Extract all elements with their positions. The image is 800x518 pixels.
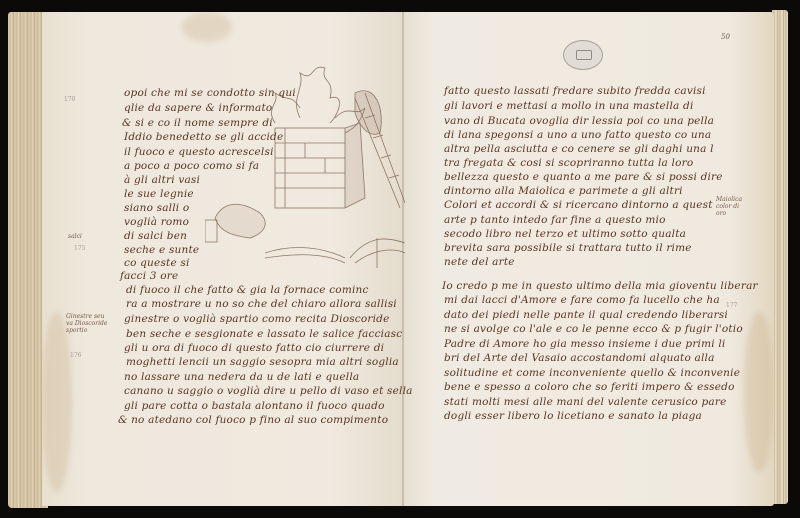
left-text-line: gli u ora di fuoco di questo fatto cio c…: [124, 342, 384, 354]
left-text-line: Iddio benedetto se gli accide: [124, 131, 283, 143]
right-text-line: secodo libro nel terzo et ultimo sotto q…: [444, 228, 686, 240]
right-text-line: dintorno alla Maiolica e parimete a gli …: [444, 185, 683, 197]
right-text-line: stati molti mesi alle mani del valente c…: [444, 396, 727, 408]
left-text-line: facci 3 ore: [120, 270, 178, 282]
water-stain: [182, 12, 232, 42]
right-text-line: solitudine et come inconveniente quello …: [444, 367, 740, 379]
left-text-line: co queste si: [124, 257, 190, 269]
water-stain: [744, 312, 774, 472]
right-text-line: Io credo p me in questo ultimo della mia…: [442, 280, 758, 292]
right-text-line: brevita sara possibile si trattara tutto…: [444, 242, 692, 254]
left-text-line: seche e sunte: [124, 244, 199, 256]
left-text-line: gli pare cotta o bastala alontano il fuo…: [124, 400, 385, 412]
left-text-line: & no atedano col fuoco p fino al suo com…: [118, 414, 388, 426]
right-text-line: dato dei piedi nelle pante il qual crede…: [444, 309, 728, 321]
left-text-line: ginestre o voglià spartio como recita Di…: [124, 313, 390, 325]
right-text-line: bene e spesso a coloro che so feriti imp…: [444, 381, 735, 393]
left-text-line: il fuoco e questo acrescelsi: [124, 146, 274, 158]
right-page-edges: [772, 10, 788, 504]
margin-note-maiolica: Maiolica color di oro: [716, 196, 742, 217]
pencil-line-number: 170: [64, 96, 75, 103]
left-text-line: di fuoco il che fatto & gia la fornace c…: [126, 284, 369, 296]
library-stamp: [563, 40, 603, 70]
left-text-line: voglià romo: [124, 216, 189, 228]
water-stain: [42, 312, 72, 492]
left-text-line: le sue legnie: [124, 188, 194, 200]
left-text-line: qlie da sapere & informato: [124, 102, 272, 114]
left-text-line: à gli altri vasi: [124, 174, 200, 186]
left-text-line: ra a mostrare u no so che del chiaro all…: [126, 298, 397, 310]
pencil-line-number: 176: [70, 352, 81, 359]
margin-note-ginestre: Ginestre seu va Dioscoride sportio: [66, 313, 107, 334]
left-text-line: moghetti lencii un saggio sesopra mia al…: [126, 356, 399, 368]
folio-number: 50: [721, 33, 730, 41]
margin-note-salci: salci: [68, 233, 82, 240]
right-text-line: tra fregata & cosi si scopriranno tutta …: [444, 157, 693, 169]
right-text-line: dogli esser libero lo licetiano e sanato…: [444, 410, 702, 422]
right-text-line: fatto questo lassati fredare subito fred…: [444, 85, 706, 97]
right-text-line: arte p tanto intedo far fine a questo mi…: [444, 214, 666, 226]
left-text-line: siano salli o: [124, 202, 189, 214]
right-text-line: ne si avolge co l'ale e co le penne ecco…: [444, 323, 743, 335]
left-text-line: no lassare una nedera da u de lati e que…: [124, 371, 359, 383]
right-text-line: altra pella asciutta e co cenere se gli …: [444, 143, 714, 155]
right-text-line: nete del arte: [444, 256, 515, 268]
right-text-line: gli lavori e mettasi a mollo in una mast…: [444, 100, 694, 112]
crown-icon: [576, 50, 592, 60]
right-text-line: vano di Bucata ovoglia dir lessia poi co…: [444, 115, 714, 127]
left-text-line: canano u saggio o voglià dire u pello di…: [124, 385, 413, 397]
pencil-line-number: 177: [726, 302, 737, 309]
left-text-line: di salci ben: [124, 230, 187, 242]
right-text-line: Colori et accordi & si ricercano dintorn…: [444, 199, 713, 211]
left-text-line: & si e co il nome sempre di: [122, 117, 273, 129]
right-text-line: Padre di Amore ho gia messo insieme i du…: [444, 338, 726, 350]
right-text-line: bellezza questo e quanto a me pare & si …: [444, 171, 723, 183]
left-text-line: ben seche e sesgionate e lassato le sali…: [126, 328, 402, 340]
left-text-line: opoi che mi se condotto sin qui: [124, 87, 296, 99]
left-text-line: a poco a poco como si fa: [124, 160, 259, 172]
pencil-line-number: 175: [74, 245, 85, 252]
right-text-line: di lana spegonsi a uno a uno fatto quest…: [444, 129, 711, 141]
right-text-line: bri del Arte del Vasaio accostandomi alq…: [444, 352, 715, 364]
open-manuscript: 170 175 176 salci Ginestre seu va Diosco…: [0, 0, 800, 518]
right-text-line: mi dai lacci d'Amore e fare como fa luce…: [444, 294, 720, 306]
